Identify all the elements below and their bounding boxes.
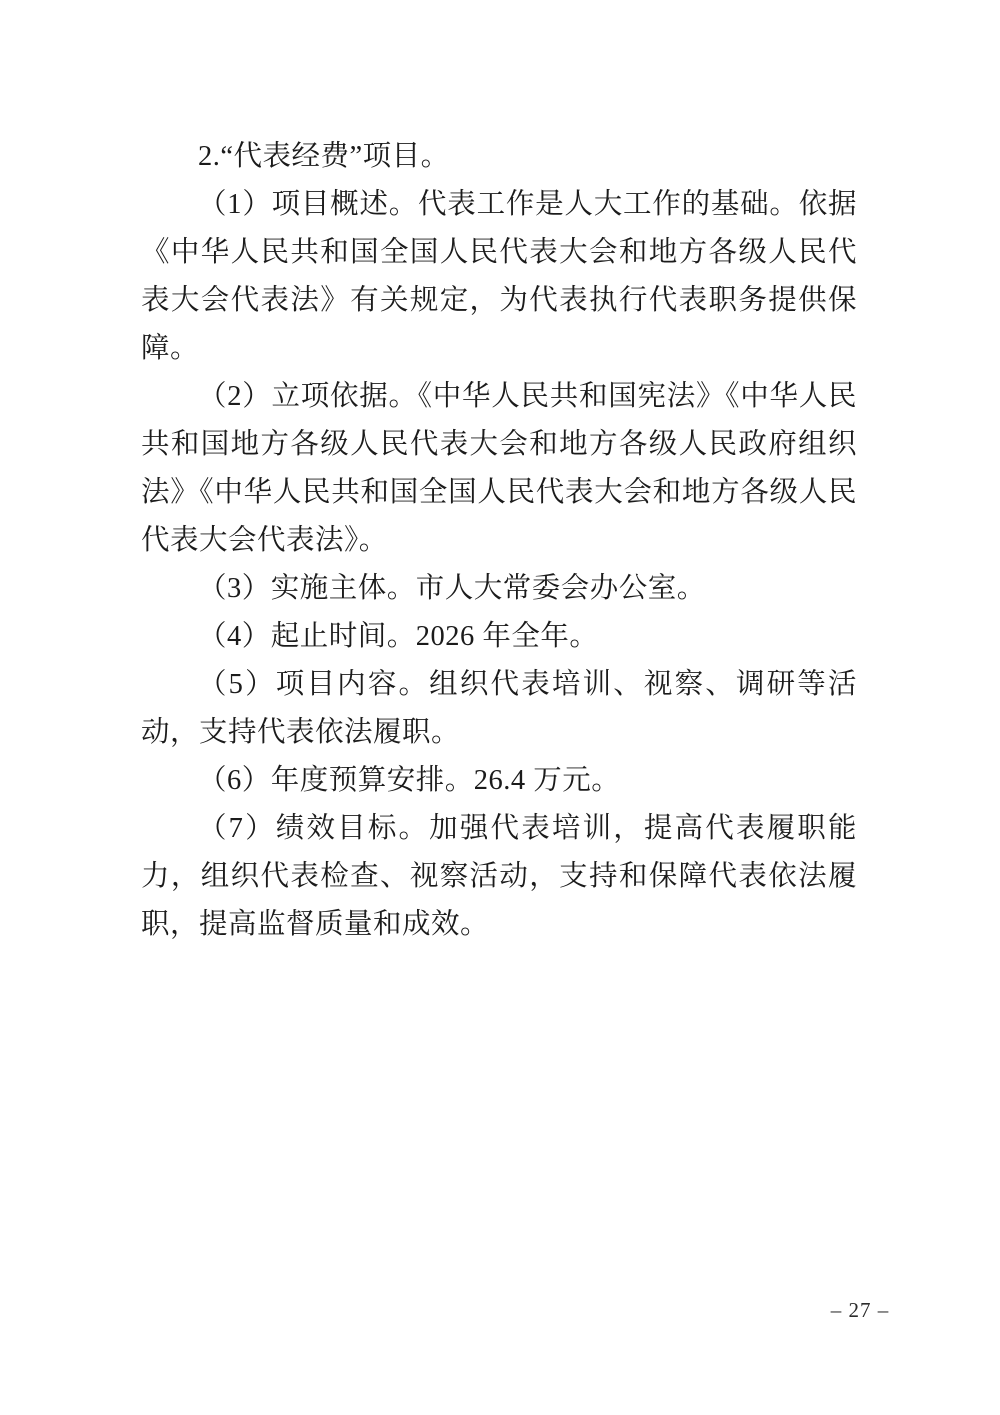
section-heading: 2.“代表经费”项目。 — [141, 133, 857, 181]
paragraph-project-content: （5）项目内容。组织代表培训、视察、调研等活动，支持代表依法履职。 — [141, 661, 857, 757]
paragraph-project-overview: （1）项目概述。代表工作是人大工作的基础。依据《中华人民共和国全国人民代表大会和… — [141, 181, 857, 373]
paragraph-annual-budget: （6）年度预算安排。26.4 万元。 — [141, 757, 857, 805]
document-body: 2.“代表经费”项目。 （1）项目概述。代表工作是人大工作的基础。依据《中华人民… — [141, 133, 857, 949]
document-page: 2.“代表经费”项目。 （1）项目概述。代表工作是人大工作的基础。依据《中华人民… — [0, 0, 1000, 1415]
paragraph-implementing-body: （3）实施主体。市人大常委会办公室。 — [141, 565, 857, 613]
paragraph-performance-goals: （7）绩效目标。加强代表培训，提高代表履职能力，组织代表检查、视察活动，支持和保… — [141, 805, 857, 949]
paragraph-time-period: （4）起止时间。2026 年全年。 — [141, 613, 857, 661]
page-number: – 27 – — [800, 1298, 920, 1323]
paragraph-project-basis: （2）立项依据。《中华人民共和国宪法》《中华人民共和国地方各级人民代表大会和地方… — [141, 373, 857, 565]
